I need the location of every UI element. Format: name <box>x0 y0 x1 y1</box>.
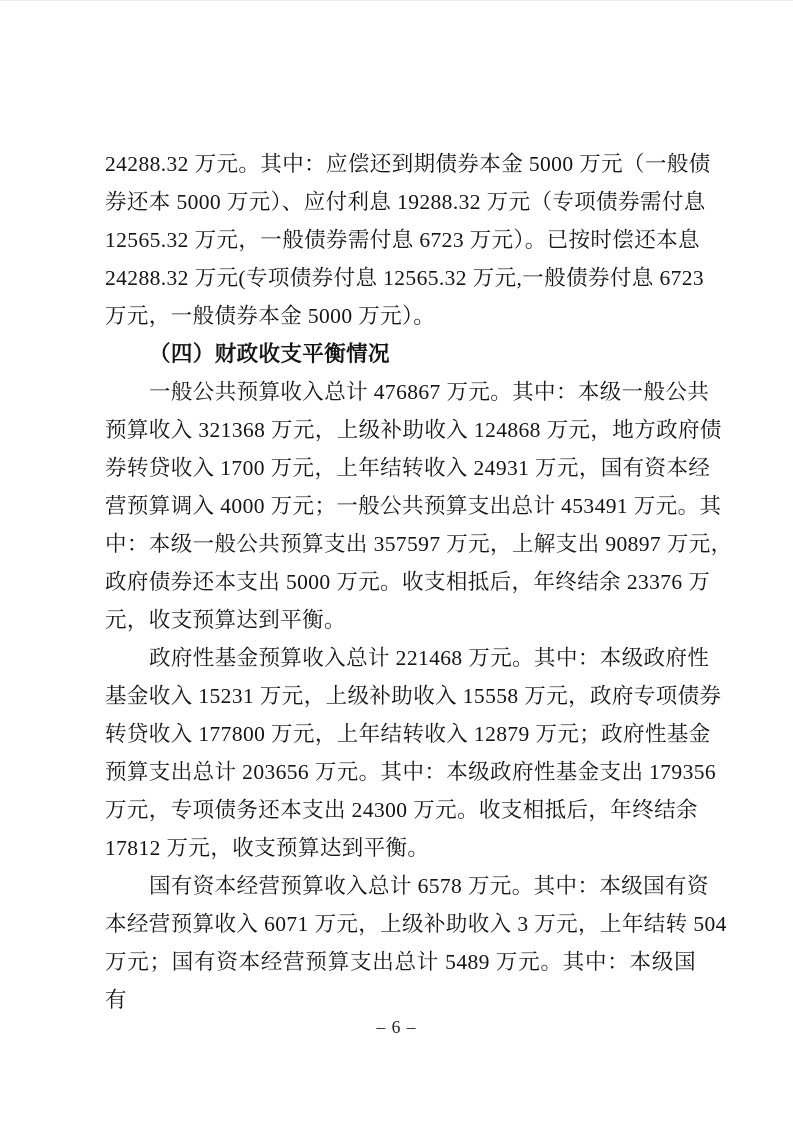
paragraph: 一般公共预算收入总计 476867 万元。其中：本级一般公共预算收入 32136… <box>105 373 696 639</box>
text-line: 24288.32 万元。其中：应偿还到期债券本金 5000 万元（一般债 <box>105 145 696 183</box>
text-line: 政府性基金预算收入总计 221468 万元。其中：本级政府性 <box>105 639 696 677</box>
text-line: 万元；国有资本经营预算支出总计 5489 万元。其中：本级国有 <box>105 943 696 981</box>
text-line: 万元，一般债券本金 5000 万元）。 <box>105 297 696 335</box>
text-line: 营预算调入 4000 万元；一般公共预算支出总计 453491 万元。其 <box>105 487 696 525</box>
text-line: 中：本级一般公共预算支出 357597 万元，上解支出 90897 万元， <box>105 525 696 563</box>
text-line: 转贷收入 177800 万元，上年结转收入 12879 万元；政府性基金 <box>105 715 696 753</box>
text-line: 券转贷收入 1700 万元，上年结转收入 24931 万元，国有资本经 <box>105 449 696 487</box>
text-line: 券还本 5000 万元）、应付利息 19288.32 万元（专项债券需付息 <box>105 183 696 221</box>
text-line: 预算收入 321368 万元，上级补助收入 124868 万元，地方政府债 <box>105 411 696 449</box>
text-line: 17812 万元，收支预算达到平衡。 <box>105 829 696 867</box>
text-line: 24288.32 万元(专项债券付息 12565.32 万元,一般债券付息 67… <box>105 259 696 297</box>
text-line: 一般公共预算收入总计 476867 万元。其中：本级一般公共 <box>105 373 696 411</box>
paragraph: 24288.32 万元。其中：应偿还到期债券本金 5000 万元（一般债券还本 … <box>105 145 696 335</box>
section-heading-text: （四）财政收支平衡情况 <box>105 335 696 373</box>
paragraph: 国有资本经营预算收入总计 6578 万元。其中：本级国有资本经营预算收入 607… <box>105 867 696 981</box>
text-line: 元，收支预算达到平衡。 <box>105 601 696 639</box>
text-line: 本经营预算收入 6071 万元，上级补助收入 3 万元，上年结转 504 <box>105 905 696 943</box>
text-line: 国有资本经营预算收入总计 6578 万元。其中：本级国有资 <box>105 867 696 905</box>
text-line: 基金收入 15231 万元，上级补助收入 15558 万元，政府专项债券 <box>105 677 696 715</box>
text-line: 万元，专项债务还本支出 24300 万元。收支相抵后，年终结余 <box>105 791 696 829</box>
paragraph: 政府性基金预算收入总计 221468 万元。其中：本级政府性基金收入 15231… <box>105 639 696 867</box>
text-line: 预算支出总计 203656 万元。其中：本级政府性基金支出 179356 <box>105 753 696 791</box>
document-body: 24288.32 万元。其中：应偿还到期债券本金 5000 万元（一般债券还本 … <box>105 145 696 981</box>
document-page: 24288.32 万元。其中：应偿还到期债券本金 5000 万元（一般债券还本 … <box>0 0 793 1122</box>
page-number: – 6 – <box>0 1014 793 1040</box>
section-heading: （四）财政收支平衡情况 <box>105 335 696 373</box>
text-line: 12565.32 万元，一般债券需付息 6723 万元）。已按时偿还本息 <box>105 221 696 259</box>
text-line: 政府债券还本支出 5000 万元。收支相抵后，年终结余 23376 万 <box>105 563 696 601</box>
